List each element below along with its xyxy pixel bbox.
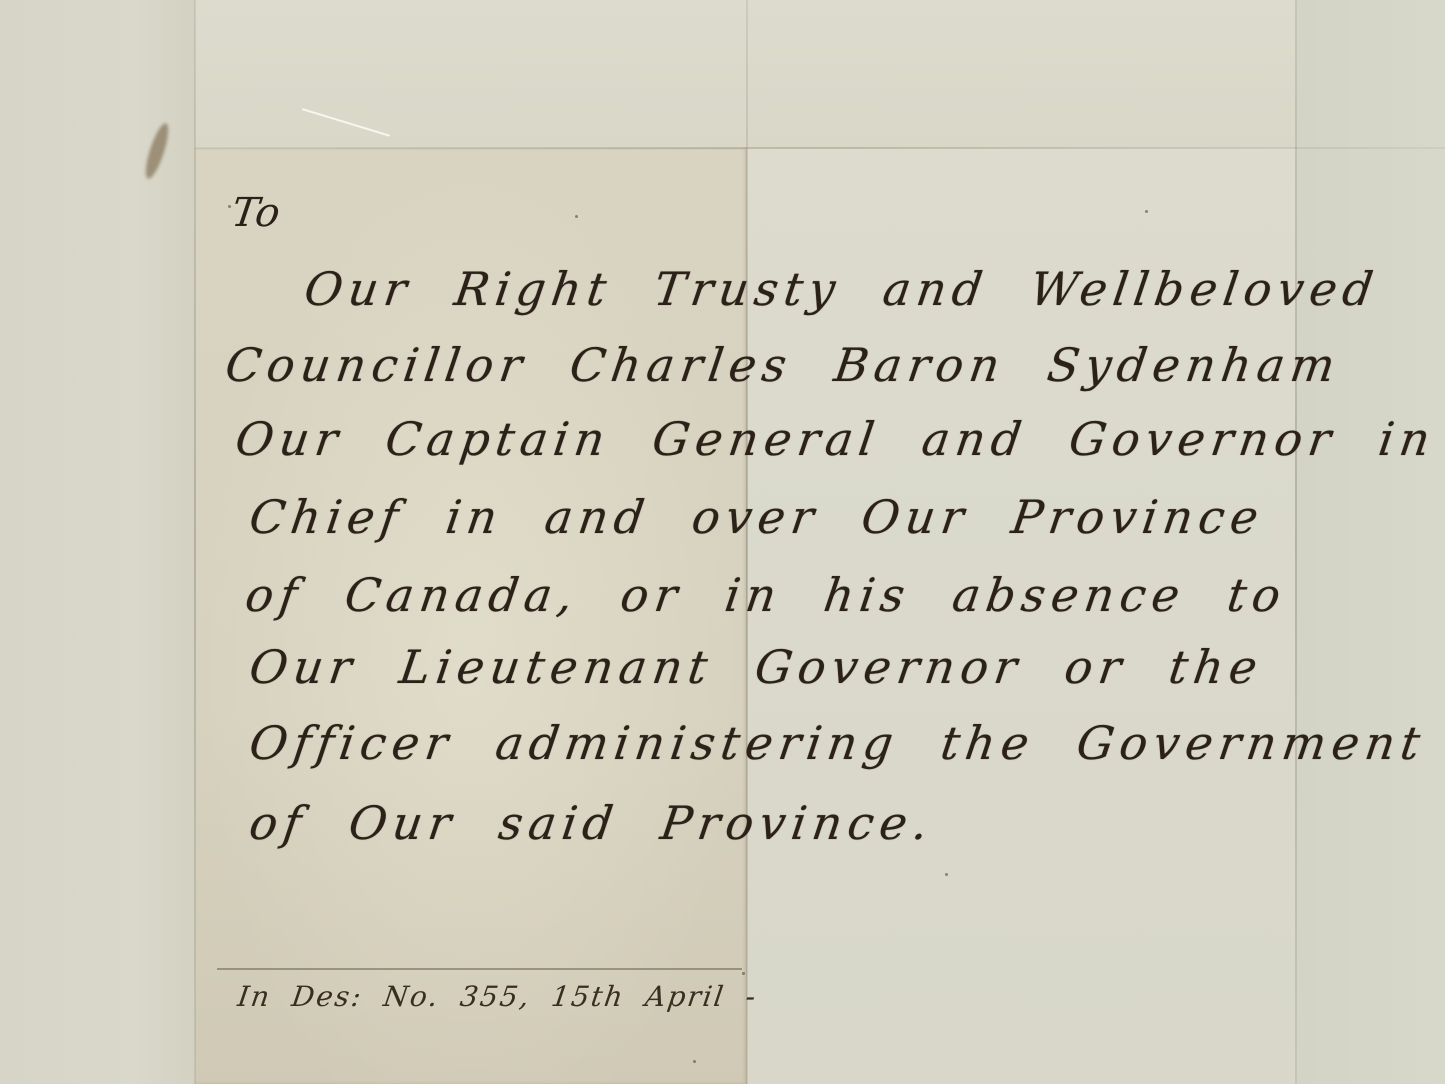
address-line: Chief in and over Our Province <box>246 490 1267 544</box>
address-line: Our Captain General and Governor in <box>232 412 1439 466</box>
docket-note: In Des: No. 355, 15th April - <box>236 980 760 1013</box>
address-line: Our Right Trusty and Wellbeloved <box>301 262 1382 316</box>
address-line: Our Lieutenant Governor or the <box>246 640 1266 694</box>
salutation: To <box>229 190 283 236</box>
address-line: of Our said Province. <box>246 796 937 850</box>
address-line: Officer administering the Government <box>246 716 1429 770</box>
address-line: of Canada, or in his absence to <box>242 568 1290 622</box>
address-line: Councillor Charles Baron Sydenham <box>222 338 1344 392</box>
document-photo: To Our Right Trusty and Wellbeloved Coun… <box>0 0 1445 1084</box>
docket-rule <box>217 968 742 970</box>
handwriting: To Our Right Trusty and Wellbeloved Coun… <box>0 0 1445 1084</box>
